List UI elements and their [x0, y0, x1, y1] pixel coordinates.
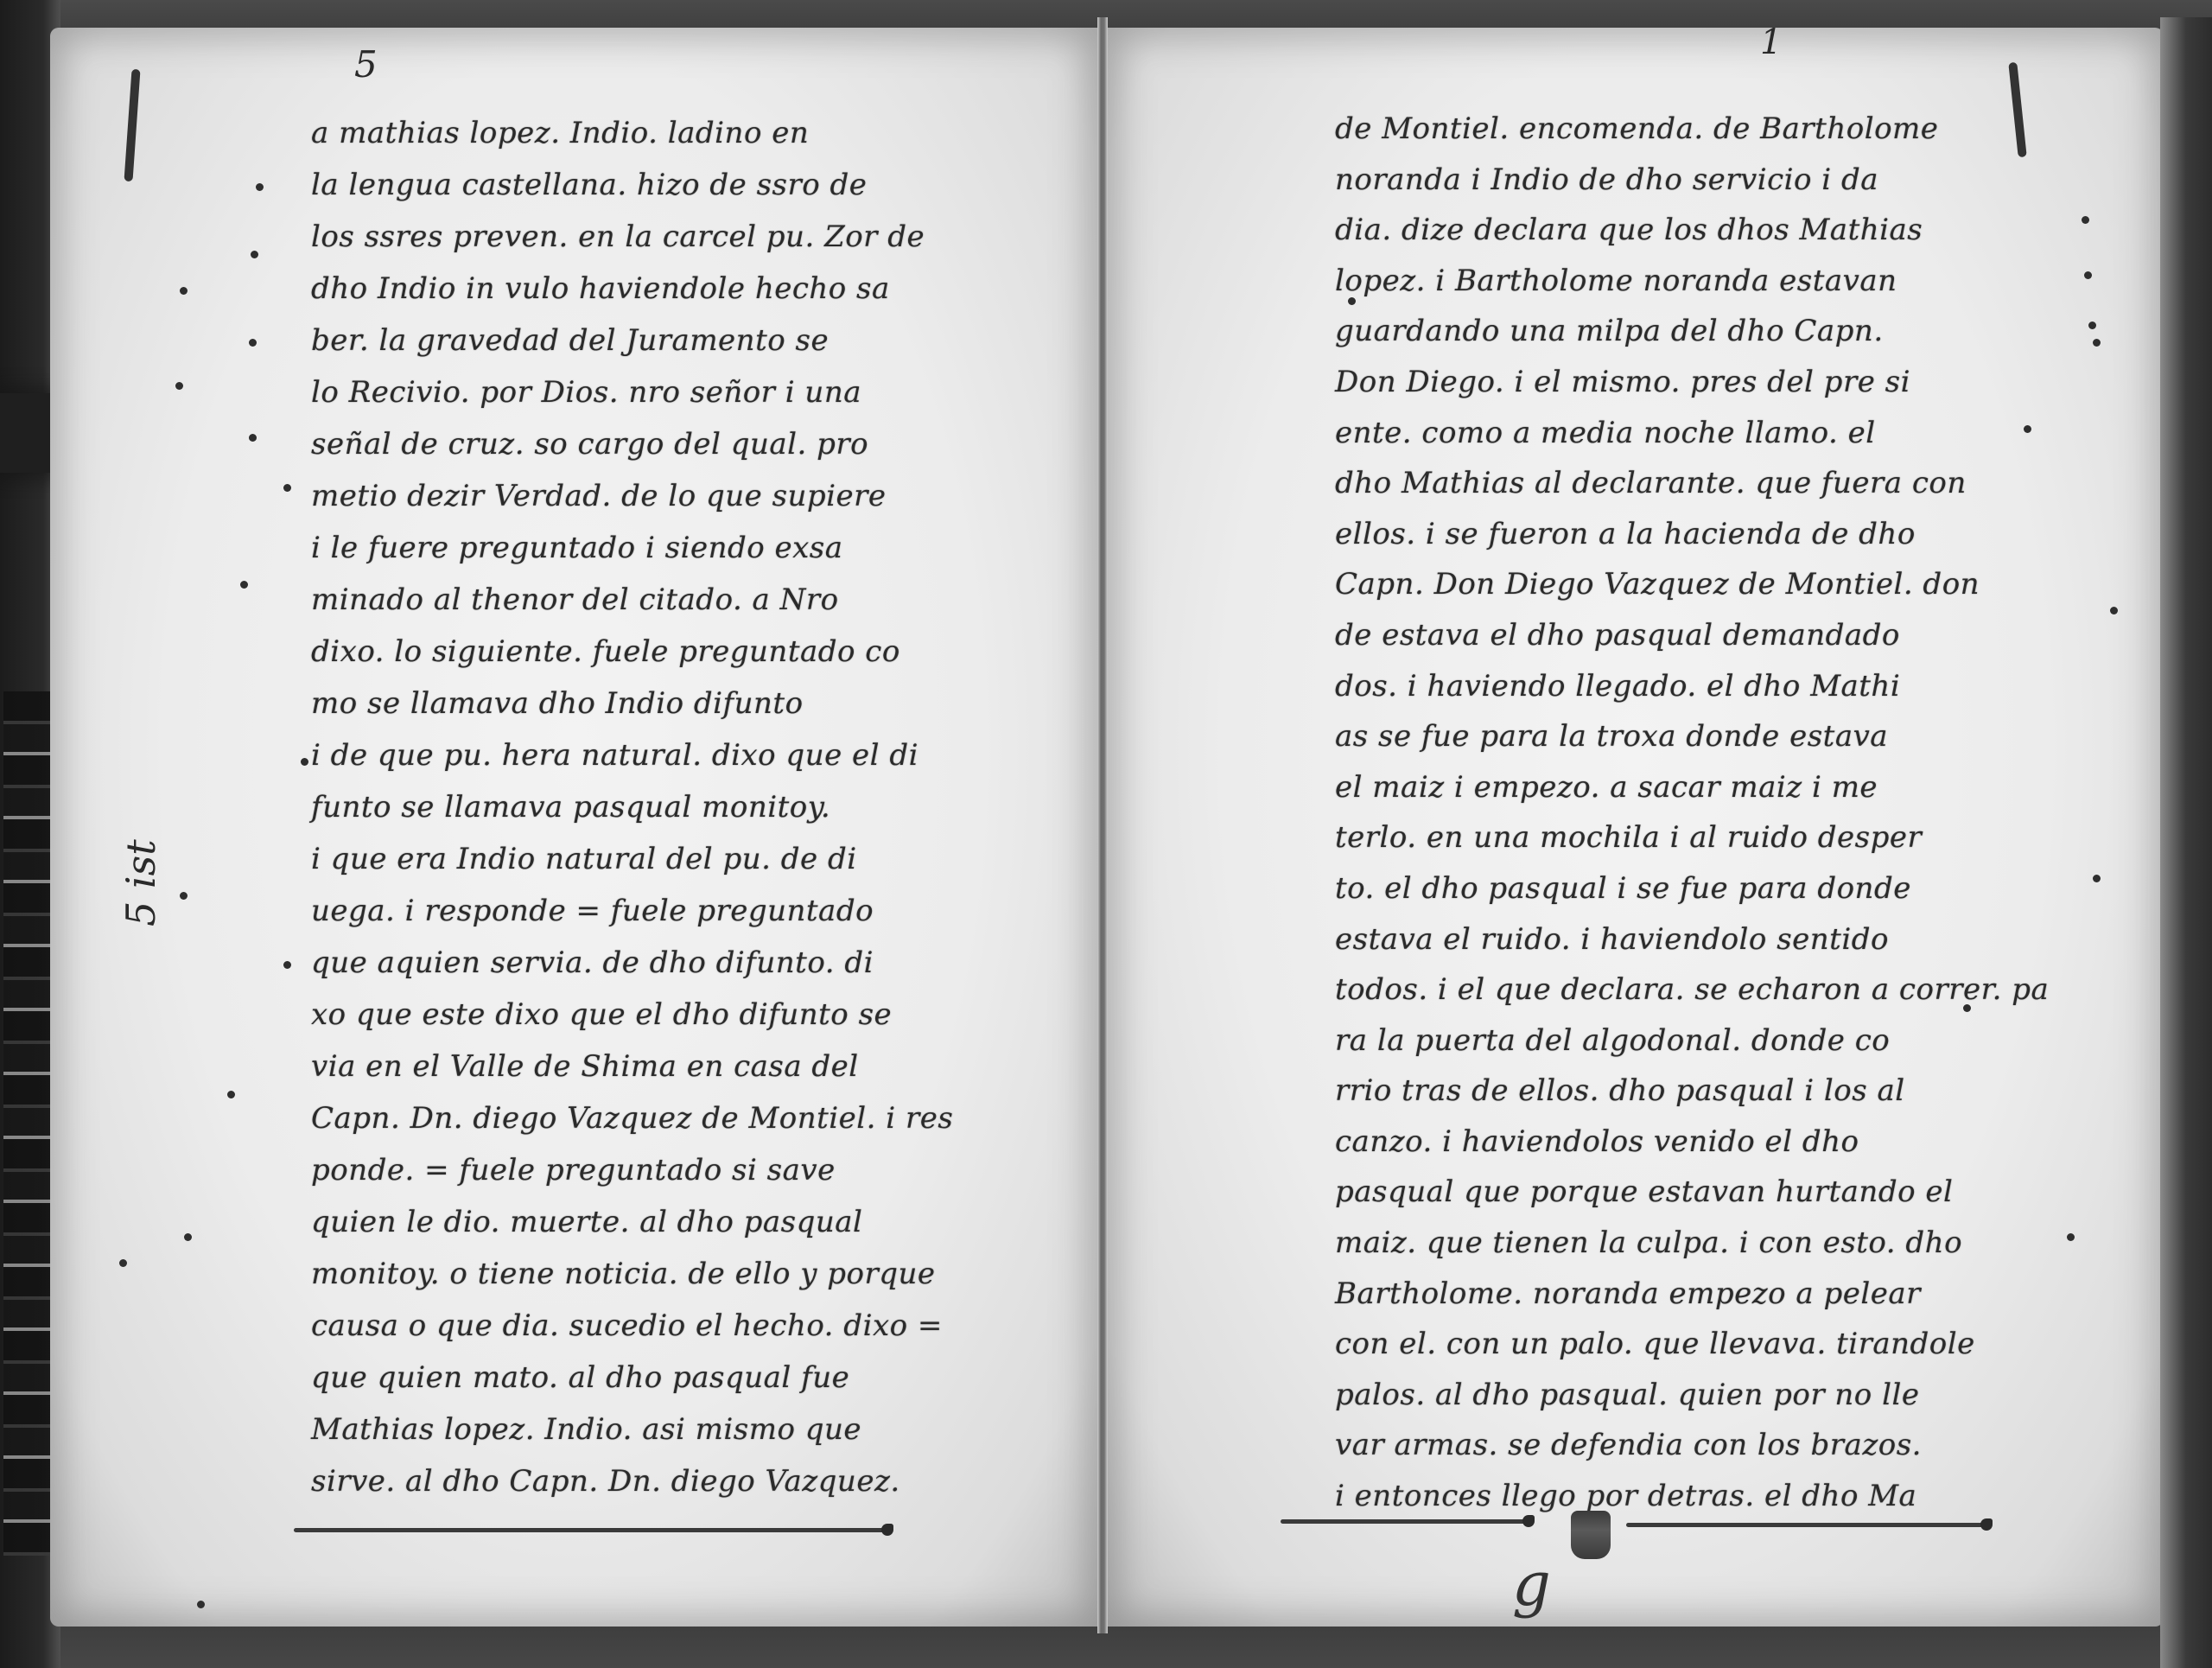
text-line: i que era Indio natural del pu. de di — [311, 833, 985, 885]
ink-seal-mark — [1571, 1511, 1611, 1559]
right-page: 1 de Montiel. encomenda. de Bartholome n… — [1108, 28, 2164, 1627]
margin-dot — [251, 251, 258, 258]
text-line: funto se llamava pasqual monitoy. — [311, 781, 985, 833]
text-line: que aquien servia. de dho difunto. di — [311, 937, 985, 989]
text-line: i de que pu. hera natural. dixo que el d… — [311, 729, 985, 781]
text-line: de estava el dho pasqual demandado — [1335, 610, 2026, 661]
text-line: señal de cruz. so cargo del qual. pro — [311, 418, 985, 470]
margin-dot — [180, 287, 188, 295]
closing-flourish-line — [294, 1528, 890, 1532]
text-line: Don Diego. i el mismo. pres del pre si — [1335, 357, 2026, 408]
left-bracket-mark — [124, 69, 140, 181]
text-line: Bartholome. noranda empezo a pelear — [1335, 1269, 2026, 1320]
text-line: maiz. que tienen la culpa. i con esto. d… — [1335, 1218, 2026, 1269]
text-line: con el. con un palo. que llevava. tirand… — [1335, 1319, 2026, 1370]
text-line: los ssres preven. en la carcel pu. Zor d… — [311, 211, 985, 263]
text-line: a mathias lopez. Indio. ladino en — [311, 107, 985, 159]
text-line: causa o que dia. sucedio el hecho. dixo … — [311, 1300, 985, 1352]
text-line: sirve. al dho Capn. Dn. diego Vazquez. — [311, 1455, 985, 1507]
text-line: ber. la gravedad del Juramento se — [311, 315, 985, 366]
text-line: monitoy. o tiene noticia. de ello y porq… — [311, 1248, 985, 1300]
text-line: xo que este dixo que el dho difunto se — [311, 989, 985, 1041]
text-line: guardando una milpa del dho Capn. — [1335, 306, 2026, 357]
margin-dot — [2084, 271, 2092, 279]
margin-dot — [249, 434, 257, 442]
text-line: dixo. lo siguiente. fuele preguntado co — [311, 626, 985, 678]
header-mark: 1 — [1760, 28, 1782, 62]
text-line: ente. como a media noche llamo. el — [1335, 408, 2026, 459]
text-line: que quien mato. al dho pasqual fue — [311, 1352, 985, 1404]
margin-dot — [301, 758, 308, 766]
text-line: el maiz i empezo. a sacar maiz i me — [1335, 762, 2026, 813]
text-line: dia. dize declara que los dhos Mathias — [1335, 205, 2026, 256]
page-right-edge — [2160, 17, 2212, 1668]
text-line: todos. i el que declara. se echaron a co… — [1335, 965, 2026, 1015]
text-line: ponde. = fuele preguntado si save — [311, 1144, 985, 1196]
text-line: var armas. se defendia con los brazos. — [1335, 1420, 2026, 1471]
text-line: to. el dho pasqual i se fue para donde — [1335, 863, 2026, 914]
text-line: pasqual que porque estavan hurtando el — [1335, 1167, 2026, 1218]
text-line: lo Recivio. por Dios. nro señor i una — [311, 366, 985, 418]
text-line: estava el ruido. i haviendolo sentido — [1335, 914, 2026, 965]
text-line: terlo. en una mochila i al ruido desper — [1335, 812, 2026, 863]
margin-dot — [249, 339, 257, 347]
closing-flourish-line-left — [1281, 1519, 1531, 1524]
rubric-signature: g — [1512, 1549, 1551, 1620]
text-line: dho Mathias al declarante. que fuera con — [1335, 458, 2026, 509]
text-line: mo se llamava dho Indio difunto — [311, 678, 985, 729]
text-line: noranda i Indio de dho servicio i da — [1335, 155, 2026, 206]
left-page-text: a mathias lopez. Indio. ladino en la len… — [311, 107, 985, 1507]
closing-flourish-line-right — [1626, 1523, 1989, 1527]
text-line: la lengua castellana. hizo de ssro de — [311, 159, 985, 211]
margin-dot — [283, 484, 291, 492]
text-line: uega. i responde = fuele preguntado — [311, 885, 985, 937]
text-line: i entonces llego por detras. el dho Ma — [1335, 1471, 2026, 1522]
left-page: 5 5 ist a mathias lopez. Indio. ladino e… — [50, 28, 1097, 1627]
margin-dot — [256, 183, 264, 191]
margin-dot — [2093, 339, 2101, 347]
text-line: dho Indio in vulo haviendole hecho sa — [311, 263, 985, 315]
text-line: Capn. Dn. diego Vazquez de Montiel. i re… — [311, 1092, 985, 1144]
text-line: minado al thenor del citado. a Nro — [311, 574, 985, 626]
text-line: quien le dio. muerte. al dho pasqual — [311, 1196, 985, 1248]
margin-dot — [175, 382, 183, 390]
text-line: dos. i haviendo llegado. el dho Mathi — [1335, 661, 2026, 712]
header-mark: 5 — [354, 43, 378, 86]
margin-dot — [184, 1233, 192, 1241]
text-line: ellos. i se fueron a la hacienda de dho — [1335, 509, 2026, 560]
right-page-text: de Montiel. encomenda. de Bartholome nor… — [1335, 104, 2026, 1522]
text-line: via en el Valle de Shima en casa del — [311, 1041, 985, 1092]
text-line: metio dezir Verdad. de lo que supiere — [311, 470, 985, 522]
margin-dot — [2067, 1233, 2075, 1241]
text-line: as se fue para la troxa donde estava — [1335, 711, 2026, 762]
text-line: palos. al dho pasqual. quien por no lle — [1335, 1370, 2026, 1421]
text-line: lopez. i Bartholome noranda estavan — [1335, 256, 2026, 307]
text-line: Mathias lopez. Indio. asi mismo que — [311, 1404, 985, 1455]
binding-label-strip — [3, 691, 52, 1556]
margin-dot — [197, 1601, 205, 1608]
text-line: canzo. i haviendolos venido el dho — [1335, 1117, 2026, 1168]
text-line: Capn. Don Diego Vazquez de Montiel. don — [1335, 559, 2026, 610]
text-line: i le fuere preguntado i siendo exsa — [311, 522, 985, 574]
margin-dot — [119, 1259, 127, 1267]
text-line: de Montiel. encomenda. de Bartholome — [1335, 104, 2026, 155]
margin-dot — [2088, 322, 2096, 329]
margin-dot — [180, 892, 188, 900]
text-line: rrio tras de ellos. dho pasqual i los al — [1335, 1066, 2026, 1117]
page-gutter — [1097, 17, 1108, 1633]
margin-annotation: 5 ist — [118, 839, 164, 926]
margin-dot — [2110, 607, 2118, 614]
margin-dot — [227, 1091, 235, 1098]
margin-dot — [2093, 875, 2101, 882]
margin-dot — [283, 961, 291, 969]
margin-dot — [240, 581, 248, 589]
text-line: ra la puerta del algodonal. donde co — [1335, 1015, 2026, 1066]
margin-dot — [2082, 216, 2089, 224]
